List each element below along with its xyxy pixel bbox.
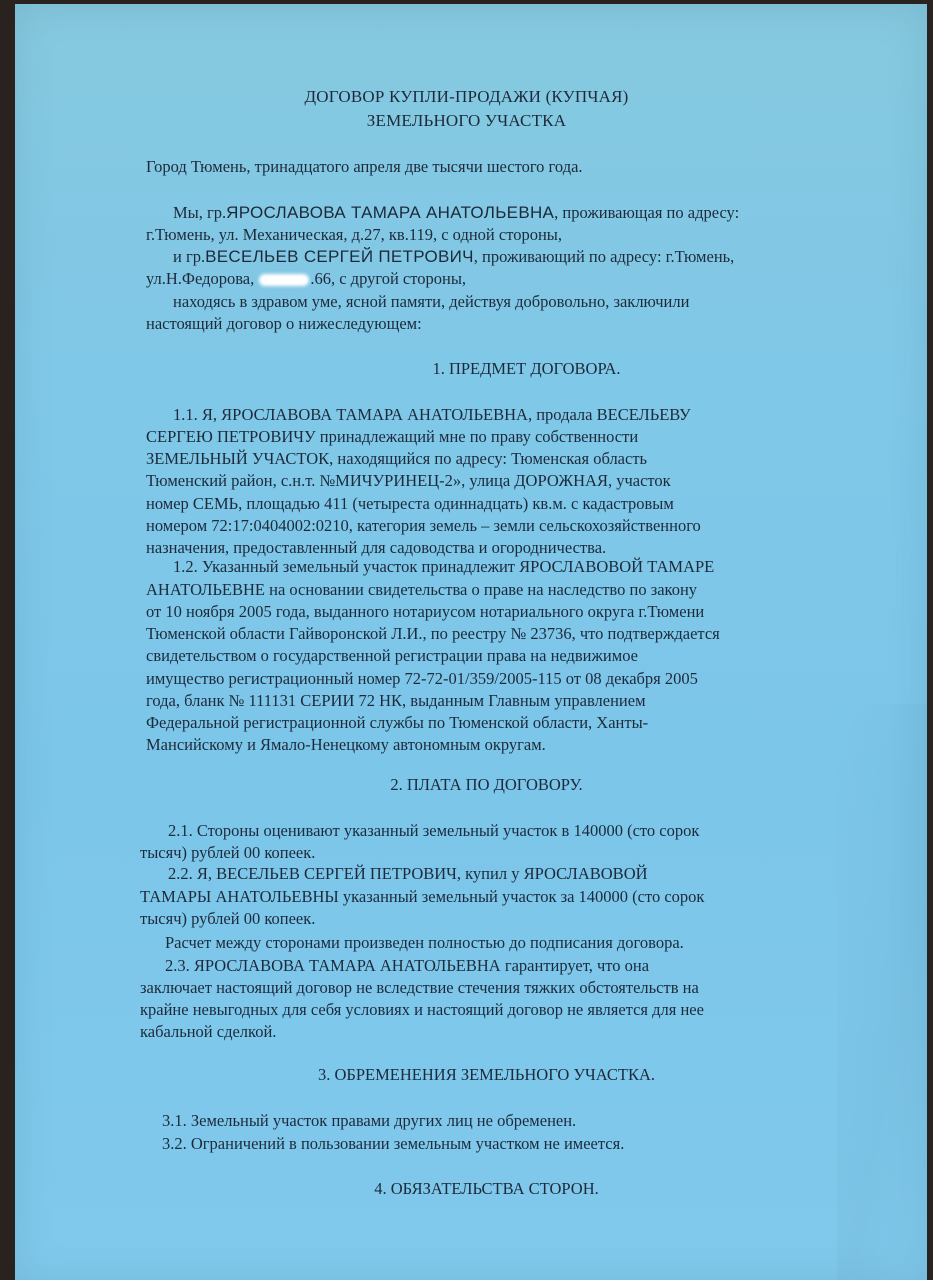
- section-1-line: Тюменской области Гайворонской Л.И., по …: [146, 623, 720, 645]
- document-title-line1: ДОГОВОР КУПЛИ-ПРОДАЖИ (КУПЧАЯ): [0, 86, 933, 108]
- party2-address-end: .66, с другой стороны,: [310, 269, 466, 288]
- section-1-line: СЕРГЕЮ ПЕТРОВИЧУ принадлежащий мне по пр…: [146, 426, 638, 448]
- city-date: Город Тюмень, тринадцатого апреля две ты…: [146, 156, 583, 178]
- section-4-heading: 4. ОБЯЗАТЕЛЬСТВА СТОРОН.: [20, 1178, 933, 1200]
- party1-name: ЯРОСЛАВОВА ТАМАРА АНАТОЛЬЕВНА: [226, 203, 554, 222]
- party2-prefix: и гр.: [173, 247, 205, 266]
- section-2-line: Расчет между сторонами произведен полнос…: [165, 932, 684, 954]
- section-1-line: свидетельством о государственной регистр…: [146, 645, 638, 667]
- section-1-line: года, бланк № 111131 СЕРИИ 72 НК, выданн…: [146, 690, 646, 712]
- section-1-line: от 10 ноября 2005 года, выданного нотари…: [146, 601, 704, 623]
- party2-address-start: ул.Н.Федорова,: [146, 269, 258, 288]
- section-1-line: имущество регистрационный номер 72-72-01…: [146, 668, 698, 690]
- section-2-heading: 2. ПЛАТА ПО ДОГОВОРУ.: [20, 774, 933, 796]
- section-1-line: 1.1. Я, ЯРОСЛАВОВА ТАМАРА АНАТОЛЬЕВНА, п…: [173, 404, 691, 426]
- section-1-line: ЗЕМЕЛЬНЫЙ УЧАСТОК, находящийся по адресу…: [146, 448, 647, 470]
- section-2-line: тысяч) рублей 00 копеек.: [140, 842, 315, 864]
- party1-address: г.Тюмень, ул. Механическая, д.27, кв.119…: [146, 224, 562, 246]
- section-1-line: Мансийскому и Ямало-Ненецкому автономным…: [146, 734, 546, 756]
- redaction-mark: [259, 274, 309, 286]
- intro-line1: находясь в здравом уме, ясной памяти, де…: [173, 291, 689, 313]
- party1-line: Мы, гр.ЯРОСЛАВОВА ТАМАРА АНАТОЛЬЕВНА, пр…: [173, 202, 865, 224]
- section-2-line: кабальной сделкой.: [140, 1021, 276, 1043]
- section-1-line: Тюменский район, с.н.т. №МИЧУРИНЕЦ-2», у…: [146, 470, 671, 492]
- section-2-line: 2.1. Стороны оценивают указанный земельн…: [168, 820, 699, 842]
- document-body: ДОГОВОР КУПЛИ-ПРОДАЖИ (КУПЧАЯ) ЗЕМЕЛЬНОГ…: [0, 0, 933, 1280]
- section-2-line: крайне невыгодных для себя условиях и на…: [140, 999, 704, 1021]
- party1-suffix: , проживающая по адресу:: [554, 203, 739, 222]
- section-2-line: 2.2. Я, ВЕСЕЛЬЕВ СЕРГЕЙ ПЕТРОВИЧ, купил …: [168, 863, 648, 885]
- section-2-line: 2.3. ЯРОСЛАВОВА ТАМАРА АНАТОЛЬЕВНА гаран…: [165, 955, 649, 977]
- party2-name: ВЕСЕЛЬЕВ СЕРГЕЙ ПЕТРОВИЧ: [205, 247, 474, 266]
- party2-suffix: , проживающий по адресу: г.Тюмень,: [474, 247, 735, 266]
- section-3-line: 3.1. Земельный участок правами других ли…: [162, 1110, 576, 1132]
- section-3-heading: 3. ОБРЕМЕНЕНИЯ ЗЕМЕЛЬНОГО УЧАСТКА.: [20, 1064, 933, 1086]
- section-2-line: заключает настоящий договор не вследстви…: [140, 977, 699, 999]
- section-1-line: 1.2. Указанный земельный участок принадл…: [173, 556, 714, 578]
- document-title-line2: ЗЕМЕЛЬНОГО УЧАСТКА: [0, 110, 933, 132]
- party1-prefix: Мы, гр.: [173, 203, 226, 222]
- section-1-line: Федеральной регистрационной службы по Тю…: [146, 712, 648, 734]
- section-1-heading: 1. ПРЕДМЕТ ДОГОВОРА.: [60, 358, 933, 380]
- section-1-line: номером 72:17:0404002:0210, категория зе…: [146, 515, 701, 537]
- party2-line: и гр.ВЕСЕЛЬЕВ СЕРГЕЙ ПЕТРОВИЧ, проживающ…: [173, 246, 734, 268]
- intro-line2: настоящий договор о нижеследующем:: [146, 313, 422, 335]
- section-2-line: тысяч) рублей 00 копеек.: [140, 908, 315, 930]
- section-3-line: 3.2. Ограничений в пользовании земельным…: [162, 1133, 624, 1155]
- section-1-line: АНАТОЛЬЕВНЕ на основании свидетельства о…: [146, 579, 697, 601]
- section-2-line: ТАМАРЫ АНАТОЛЬЕВНЫ указанный земельный у…: [140, 886, 704, 908]
- section-1-line: номер СЕМЬ, площадью 411 (четыреста один…: [146, 493, 674, 515]
- party2-address: ул.Н.Федорова, .66, с другой стороны,: [146, 268, 466, 290]
